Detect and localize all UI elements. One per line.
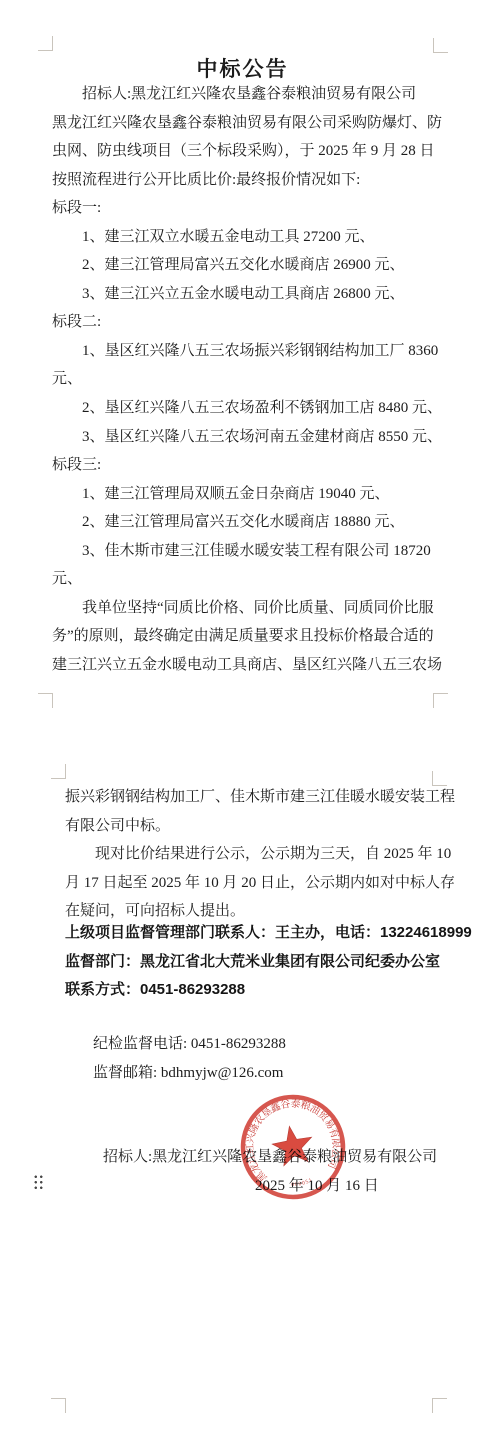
page1-topleft-crop-mark bbox=[38, 36, 53, 51]
page2-bottomleft-crop-mark bbox=[51, 1398, 66, 1413]
text-line: 我单位坚持“同质比价格、同价比质量、同质同价比服 bbox=[52, 594, 433, 623]
text-line: 振兴彩钢钢结构加工厂、佳木斯市建三江佳暖水暖安装工程 bbox=[65, 783, 432, 812]
text-line: 虫网、防虫线项目（三个标段采购），于 2025 年 9 月 28 日 bbox=[52, 137, 433, 166]
bid-item-line: 2、建三江管理局富兴五交化水暖商店 26900 元、 bbox=[52, 251, 433, 280]
page1-bottomleft-crop-mark bbox=[38, 693, 53, 708]
discipline-phone-line: 纪检监督电话: 0451-86293288 bbox=[93, 1030, 433, 1059]
bid-item-line: 1、建三江双立水暖五金电动工具 27200 元、 bbox=[52, 223, 433, 252]
bid-item-line: 元、 bbox=[52, 365, 433, 394]
section-heading: 标段一: bbox=[52, 194, 433, 223]
contact-person-line: 上级项目监督管理部门联系人：王主办，电话：13224618999 bbox=[65, 919, 445, 948]
text-line: 黑龙江红兴隆农垦鑫谷泰粮油贸易有限公司采购防爆灯、防 bbox=[52, 109, 433, 138]
bid-item-line: 3、垦区红兴隆八五三农场河南五金建材商店 8550 元、 bbox=[52, 423, 433, 452]
text-line: 月 17 日起至 2025 年 10 月 20 日止，公示期内如对中标人存 bbox=[65, 869, 432, 898]
page1-bottomright-crop-mark bbox=[433, 693, 448, 708]
bid-item-line: 元、 bbox=[52, 565, 433, 594]
discipline-contact-block: 纪检监督电话: 0451-86293288 监督邮箱: bdhmyjw@126.… bbox=[93, 1030, 433, 1088]
seal-serial-number: 000051 bbox=[290, 1177, 314, 1189]
section-heading: 标段三: bbox=[52, 451, 433, 480]
drag-handle-dots-icon[interactable] bbox=[32, 1173, 43, 1189]
text-line: 招标人:黑龙江红兴隆农垦鑫谷泰粮油贸易有限公司 bbox=[52, 80, 433, 109]
page1-body: 招标人:黑龙江红兴隆农垦鑫谷泰粮油贸易有限公司 黑龙江红兴隆农垦鑫谷泰粮油贸易有… bbox=[52, 80, 433, 679]
supervisor-contact-block: 上级项目监督管理部门联系人：王主办，电话：13224618999 监督部门：黑龙… bbox=[65, 919, 445, 1005]
section-heading: 标段二: bbox=[52, 308, 433, 337]
text-line: 现对比价结果进行公示，公示期为三天，自 2025 年 10 bbox=[65, 840, 432, 869]
company-seal-stamp: 黑龙江红兴隆农垦鑫谷泰粮油贸易有限公司 000051 bbox=[234, 1088, 352, 1206]
document-canvas: 中标公告 招标人:黑龙江红兴隆农垦鑫谷泰粮油贸易有限公司 黑龙江红兴隆农垦鑫谷泰… bbox=[0, 0, 490, 1456]
contact-phone-line: 联系方式：0451-86293288 bbox=[65, 976, 445, 1005]
text-line: 有限公司中标。 bbox=[65, 812, 432, 841]
text-line: 建三江兴立五金水暖电动工具商店、垦区红兴隆八五三农场 bbox=[52, 651, 433, 680]
page2-topright-crop-mark bbox=[432, 771, 447, 786]
bid-item-line: 2、建三江管理局富兴五交化水暖商店 18880 元、 bbox=[52, 508, 433, 537]
page2-topleft-crop-mark bbox=[51, 764, 66, 779]
page2-bottomright-crop-mark bbox=[432, 1398, 447, 1413]
bid-item-line: 2、垦区红兴隆八五三农场盈利不锈钢加工店 8480 元、 bbox=[52, 394, 433, 423]
page1-topright-crop-mark bbox=[433, 38, 448, 53]
seal-star-icon bbox=[270, 1123, 316, 1167]
bid-item-line: 1、垦区红兴隆八五三农场振兴彩钢钢结构加工厂 8360 bbox=[52, 337, 433, 366]
bid-item-line: 3、建三江兴立五金水暖电动工具商店 26800 元、 bbox=[52, 280, 433, 309]
text-line: 务”的原则，最终确定由满足质量要求且投标价格最合适的 bbox=[52, 622, 433, 651]
bid-item-line: 1、建三江管理局双顺五金日杂商店 19040 元、 bbox=[52, 480, 433, 509]
bid-item-line: 3、佳木斯市建三江佳暖水暖安装工程有限公司 18720 bbox=[52, 537, 433, 566]
text-line: 按照流程进行公开比质比价:最终报价情况如下: bbox=[52, 166, 433, 195]
supervision-department-line: 监督部门：黑龙江省北大荒米业集团有限公司纪委办公室 bbox=[65, 948, 445, 977]
page2-body: 振兴彩钢钢结构加工厂、佳木斯市建三江佳暖水暖安装工程 有限公司中标。 现对比价结… bbox=[65, 783, 432, 926]
supervision-email-line: 监督邮箱: bdhmyjw@126.com bbox=[93, 1059, 433, 1088]
